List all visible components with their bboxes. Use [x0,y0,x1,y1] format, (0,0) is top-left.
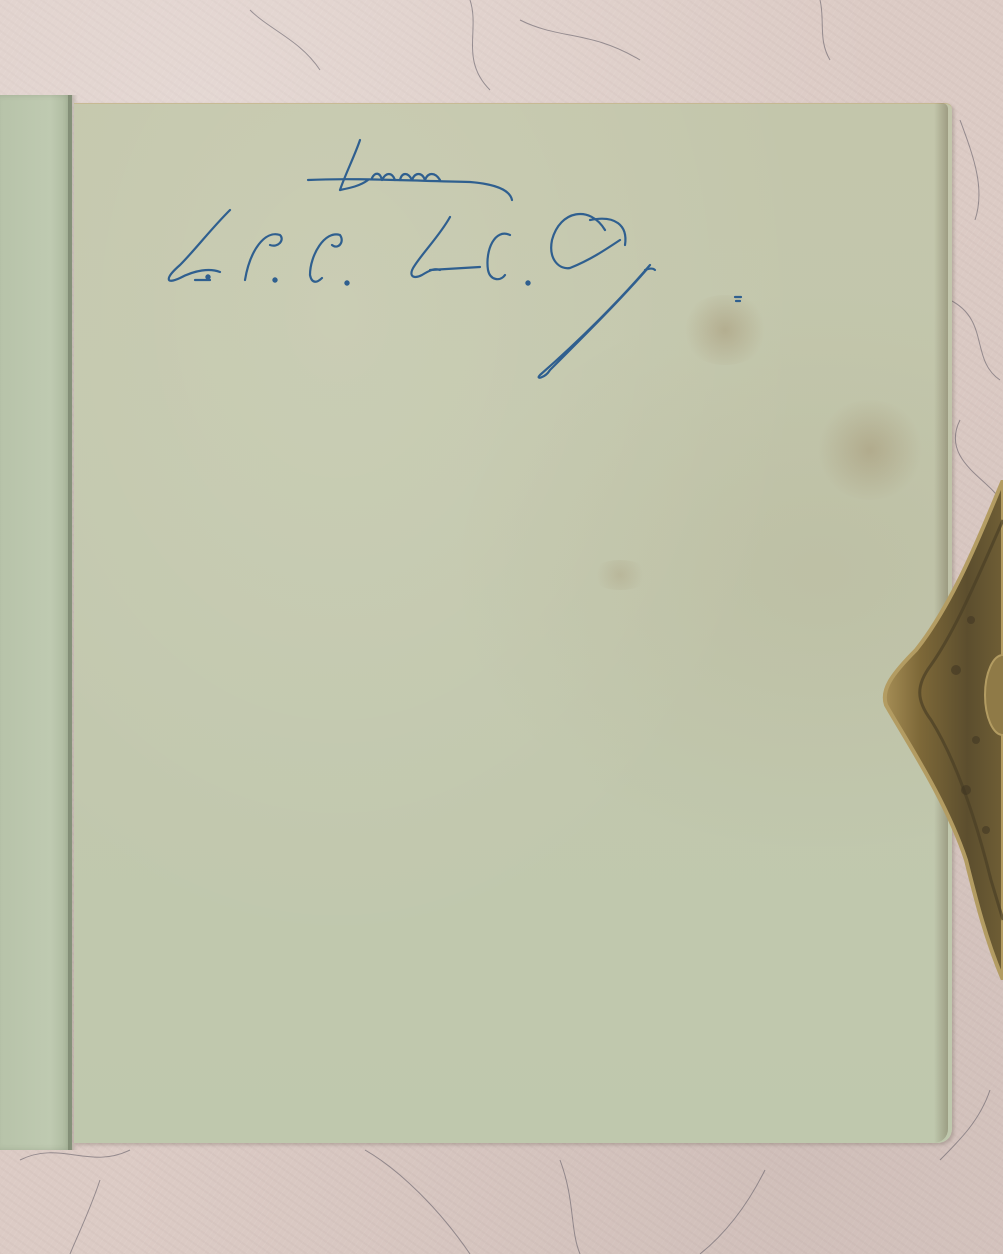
handwritten-inscription [150,120,770,390]
foxing-stain [590,560,650,590]
brass-clasp [876,480,1003,980]
left-page [0,95,72,1150]
